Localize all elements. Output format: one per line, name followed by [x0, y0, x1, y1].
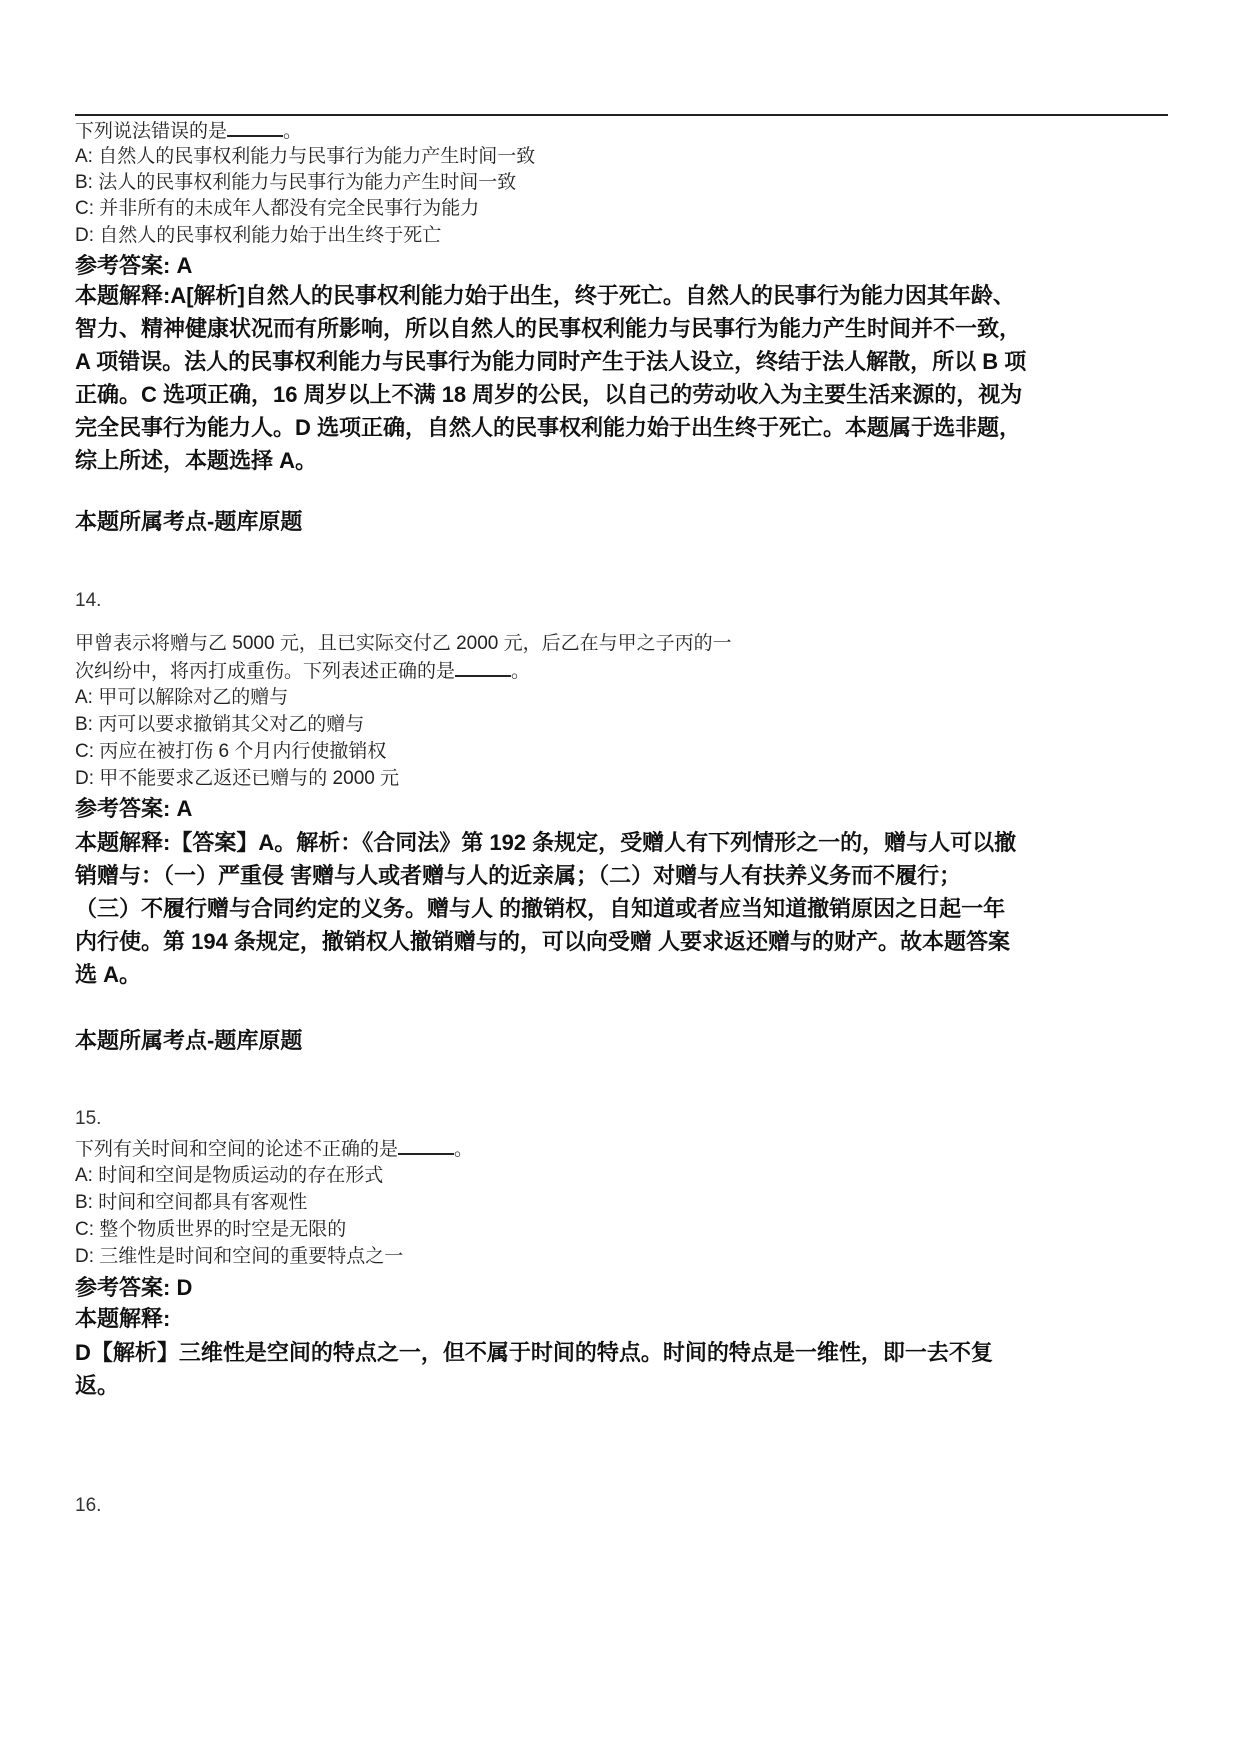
question-13-stem: 下列说法错误的是。: [75, 117, 302, 145]
explanation-line: A 项错误。法人的民事权利能力与民事行为能力同时产生于法人设立，终结于法人解散，…: [75, 345, 1175, 378]
option-label: A:: [75, 1165, 93, 1186]
explanation-line: （三）不履行赠与合同约定的义务。赠与人 的撤销权，自知道或者应当知道撤销原因之日…: [75, 892, 1175, 925]
option-label: D:: [75, 1246, 94, 1267]
option-text: 整个物质世界的时空是无限的: [99, 1219, 346, 1240]
option-text: 时间和空间是物质运动的存在形式: [98, 1165, 383, 1186]
explanation-line: 完全民事行为能力人。D 选项正确，自然人的民事权利能力始于出生终于死亡。本题属于…: [75, 411, 1175, 444]
option-label: A:: [75, 146, 93, 167]
option-d: D: 甲不能要求乙返还已赠与的 2000 元: [75, 765, 399, 792]
explanation-line: 综上所述，本题选择 A。: [75, 444, 1175, 477]
explanation-line: 本题解释:A[解析]自然人的民事权利能力始于出生，终于死亡。自然人的民事行为能力…: [75, 279, 1175, 312]
question-stem-text: 下列说法错误的是: [75, 121, 227, 142]
question-14-stem-line-1: 甲曾表示将赠与乙 5000 元，且已实际交付乙 2000 元，后乙在与甲之子丙的…: [75, 630, 732, 657]
explanation-line: 智力、精神健康状况而有所影响，所以自然人的民事权利能力与民事行为能力产生时间并不…: [75, 312, 1175, 345]
topic-label: 本题所属考点-题库原题: [75, 1026, 302, 1056]
explanation: D【解析】三维性是空间的特点之一，但不属于时间的特点。时间的特点是一维性，即一去…: [75, 1336, 1175, 1402]
option-text: 甲可以解除对乙的赠与: [98, 687, 288, 708]
option-text: 丙可以要求撤销其父对乙的赠与: [98, 714, 364, 735]
option-text: 法人的民事权利能力与民事行为能力产生时间一致: [98, 172, 516, 193]
question-stem-text: 次纠纷中，将丙打成重伤。下列表述正确的是: [75, 661, 455, 682]
topic-label: 本题所属考点-题库原题: [75, 507, 302, 537]
option-b: B: 丙可以要求撤销其父对乙的赠与: [75, 711, 364, 738]
option-label: B:: [75, 172, 93, 193]
option-a: A: 甲可以解除对乙的赠与: [75, 684, 288, 711]
explanation: 本题解释:A[解析]自然人的民事权利能力始于出生，终于死亡。自然人的民事行为能力…: [75, 279, 1175, 477]
option-text: 时间和空间都具有客观性: [98, 1192, 307, 1213]
question-number: 15.: [75, 1105, 101, 1132]
option-label: C:: [75, 1219, 94, 1240]
explanation-line: 内行使。第 194 条规定，撤销权人撤销赠与的，可以向受赠 人要求返还赠与的财产…: [75, 925, 1175, 958]
explanation-line: 本题解释:【答案】A。解析：《合同法》第 192 条规定，受赠人有下列情形之一的…: [75, 826, 1175, 859]
option-label: D:: [75, 768, 94, 789]
explanation: 本题解释:【答案】A。解析：《合同法》第 192 条规定，受赠人有下列情形之一的…: [75, 826, 1175, 991]
option-a: A: 自然人的民事权利能力与民事行为能力产生时间一致: [75, 143, 535, 170]
question-stem-end: 。: [283, 121, 302, 142]
question-number: 14.: [75, 587, 101, 614]
option-label: C:: [75, 741, 94, 762]
option-d: D: 三维性是时间和空间的重要特点之一: [75, 1243, 403, 1270]
option-text: 并非所有的未成年人都没有完全民事行为能力: [99, 198, 479, 219]
option-a: A: 时间和空间是物质运动的存在形式: [75, 1162, 383, 1189]
question-15-stem: 下列有关时间和空间的论述不正确的是。: [75, 1135, 473, 1163]
question-stem-end: 。: [511, 661, 530, 682]
option-c: C: 并非所有的未成年人都没有完全民事行为能力: [75, 195, 479, 222]
answer-blank: [455, 657, 511, 677]
option-text: 自然人的民事权利能力始于出生终于死亡: [99, 225, 441, 246]
question-number: 16.: [75, 1492, 101, 1519]
explanation-line: 销赠与：（一）严重侵 害赠与人或者赠与人的近亲属；（二）对赠与人有扶养义务而不履…: [75, 859, 1175, 892]
option-label: B:: [75, 1192, 93, 1213]
option-c: C: 整个物质世界的时空是无限的: [75, 1216, 346, 1243]
answer-blank: [227, 117, 283, 137]
reference-answer: 参考答案: D: [75, 1273, 192, 1303]
question-stem-text: 下列有关时间和空间的论述不正确的是: [75, 1139, 398, 1160]
option-c: C: 丙应在被打伤 6 个月内行使撤销权: [75, 738, 386, 765]
question-14-stem-line-2: 次纠纷中，将丙打成重伤。下列表述正确的是。: [75, 657, 530, 685]
option-label: D:: [75, 225, 94, 246]
explanation-line: 返。: [75, 1369, 1175, 1402]
header-rule: [75, 114, 1168, 116]
explanation-line: 正确。C 选项正确，16 周岁以上不满 18 周岁的公民，以自己的劳动收入为主要…: [75, 378, 1175, 411]
explanation-line: 选 A。: [75, 958, 1175, 991]
option-text: 三维性是时间和空间的重要特点之一: [99, 1246, 403, 1267]
option-label: B:: [75, 714, 93, 735]
answer-blank: [398, 1135, 454, 1155]
option-b: B: 时间和空间都具有客观性: [75, 1189, 307, 1216]
option-b: B: 法人的民事权利能力与民事行为能力产生时间一致: [75, 169, 516, 196]
option-label: A:: [75, 687, 93, 708]
explanation-line: D【解析】三维性是空间的特点之一，但不属于时间的特点。时间的特点是一维性，即一去…: [75, 1336, 1175, 1369]
reference-answer: 参考答案: A: [75, 251, 192, 281]
option-text: 甲不能要求乙返还已赠与的 2000 元: [99, 768, 399, 789]
option-text: 自然人的民事权利能力与民事行为能力产生时间一致: [98, 146, 535, 167]
explanation-label: 本题解释:: [75, 1304, 170, 1334]
question-stem-end: 。: [454, 1139, 473, 1160]
reference-answer: 参考答案: A: [75, 794, 192, 824]
option-text: 丙应在被打伤 6 个月内行使撤销权: [99, 741, 386, 762]
option-d: D: 自然人的民事权利能力始于出生终于死亡: [75, 222, 441, 249]
option-label: C:: [75, 198, 94, 219]
